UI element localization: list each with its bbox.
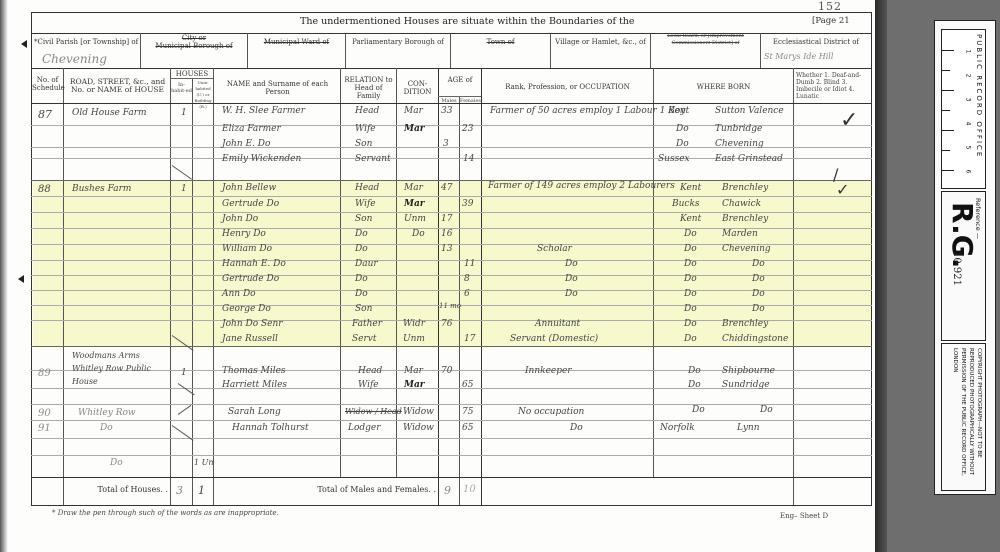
reference-box: Reference — R.G. (941, 191, 986, 341)
col-infirmity: Whether 1. Deaf-and-Dumb 2. Blind 3. Imb… (796, 72, 870, 100)
footnote: * Draw the pen through such of the words… (52, 509, 279, 517)
ecclesiastical-district-value: St Marys Ide Hill (764, 52, 833, 61)
col-age: AGE of (439, 76, 481, 84)
parliamentary-borough-label: Parliamentary Borough of (347, 38, 449, 46)
col-condition: CON-DITION (398, 80, 437, 96)
col-houses: HOUSES (171, 70, 213, 78)
copyright-notice: COPYRIGHT PHOTOGRAPH—NOT TO BE REPRODUCE… (941, 343, 986, 491)
total-inhabited: 3 (176, 484, 183, 497)
municipal-ward-label: Municipal Ward of (249, 38, 344, 46)
local-board-label: Local Board, or [Improvement (652, 33, 759, 39)
tally-mark-icon: ✓ (840, 108, 858, 133)
piece-number: 10 921 (951, 251, 962, 286)
civil-parish-label: *Civil Parish [or Township] of (34, 38, 139, 46)
col-uninhabited: Unin-habited (U.) or Building (B.) (193, 80, 213, 110)
col-road: ROAD, STREET, &c., and No. or NAME of HO… (66, 78, 169, 94)
left-arrow-icon (18, 275, 24, 283)
ecclesiastical-district-label: Ecclesiastical District of (762, 38, 870, 46)
col-inhabited: In-habit-ed (171, 82, 192, 94)
office-label: PUBLIC RECORD OFFICE (975, 34, 983, 158)
total-uninhabited: 1 (198, 484, 205, 497)
form-title: The undermentioned Houses are situate wi… (300, 16, 635, 27)
col-occupation: Rank, Profession, or OCCUPATION (483, 83, 652, 91)
col-name: NAME and Surname of each Person (216, 80, 339, 96)
city-label: City or (142, 34, 246, 42)
town-label: Town of (452, 38, 549, 46)
total-males: 9 (444, 484, 451, 497)
total-persons-label: Total of Males and Females. . (250, 486, 436, 494)
tally-mark-icon: ✓ (836, 180, 849, 199)
ruler: PUBLIC RECORD OFFICE 1 2 3 4 5 6 (941, 29, 986, 189)
total-females: 10 (463, 484, 476, 495)
civil-parish-value: Chevening (42, 52, 107, 66)
sheet-label: Eng– Sheet D (780, 512, 828, 520)
col-relation: RELATION to Head of Family (342, 76, 395, 100)
left-arrow-icon (21, 40, 27, 48)
col-schedule: No. of Schedule (32, 76, 63, 92)
archive-reference-card: PUBLIC RECORD OFFICE 1 2 3 4 5 6 Referen… (934, 20, 996, 495)
scan-left-edge (0, 0, 8, 552)
total-houses-label: Total of Houses. . (80, 486, 168, 494)
col-where-born: WHERE BORN (655, 83, 792, 91)
municipal-borough-label: Municipal Borough of (142, 42, 246, 50)
village-label: Village or Hamlet, &c., of (552, 38, 649, 46)
commissioners-district-label: Commissioners District] of (652, 40, 759, 46)
